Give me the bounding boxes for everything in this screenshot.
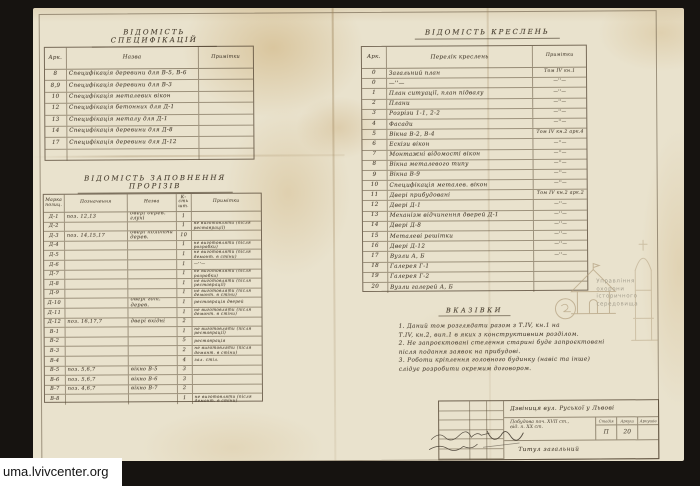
table-cell: 1	[178, 394, 193, 404]
table-cell: Двері Д-8	[388, 221, 535, 231]
openings-table-header: Марка позиц.ПозначенняНазваК-сть шт.Прим…	[44, 194, 261, 213]
table-cell: В-4	[45, 357, 66, 366]
table-cell: Д-7	[44, 270, 65, 279]
table-cell: 1	[177, 212, 192, 221]
table-cell	[128, 222, 177, 231]
table-cell: Специфікація деревини для Д-12	[67, 137, 199, 148]
table-cell: двері вхідні	[129, 318, 178, 327]
spec-table-title: ВІДОМІСТЬ СПЕЦИФІКАЦІЙ	[92, 28, 217, 48]
table-cell: 2	[178, 385, 193, 394]
table-cell: 18	[363, 262, 388, 271]
table-cell: не виготовляти (після демонт. в стіни)	[192, 250, 261, 259]
table-cell: реставрація	[192, 336, 261, 345]
table-cell: 1	[177, 250, 192, 259]
table-cell: Том ІV кн.2 арк.4	[534, 129, 587, 139]
table-cell: 12	[363, 201, 388, 210]
table-cell: Вікна В-9	[387, 170, 534, 180]
table-cell: В-5	[45, 366, 66, 375]
table-cell: —''—	[534, 169, 587, 179]
stage-value: П	[596, 425, 616, 439]
table-cell	[65, 299, 128, 308]
table-cell: 20	[363, 283, 388, 293]
table-cell: Загальний план	[387, 68, 534, 78]
table-cell	[192, 365, 261, 374]
table-cell: Д-6	[44, 261, 65, 270]
table-cell: 16	[363, 242, 388, 251]
table-cell: не виготовляти (після реставрації)	[192, 327, 261, 336]
table-cell: Специфікація деревини для В-5, В-6	[67, 69, 199, 80]
table-cell: В-2	[45, 338, 66, 347]
signature-row	[439, 401, 503, 411]
table-cell: поз. 14,15,17	[65, 232, 128, 241]
table-cell: 8	[363, 161, 388, 170]
openings-table-body: Д-1поз. 12,13двері дерев. глухі1Д-21не в…	[44, 212, 262, 405]
fold-crease	[332, 8, 337, 461]
table-cell: Специфікація бетонних для Д-1	[67, 103, 199, 114]
table-cell: 3	[178, 375, 193, 384]
column-header: Назва	[128, 194, 177, 211]
table-cell: 1	[177, 260, 192, 269]
table-cell: Д-1	[44, 213, 65, 222]
table-cell: поз. 5,6,7	[66, 375, 129, 384]
table-cell: 2	[177, 318, 192, 327]
table-cell: 13	[363, 211, 388, 220]
table-cell: Д-5	[44, 251, 65, 260]
table-cell	[65, 289, 128, 298]
drawings-table: Арк.Перелік кресленьПримітки 0Загальний …	[361, 45, 588, 292]
table-cell: поз. 5,6,7	[66, 366, 129, 375]
table-cell: вікно В-5	[129, 366, 178, 375]
drawings-table-header: Арк.Перелік кресленьПримітки	[362, 46, 586, 69]
table-cell: Двері Д-12	[388, 241, 535, 251]
table-cell	[65, 328, 128, 337]
table-cell: Том ІV кн.2 арк.2	[534, 190, 587, 200]
table-cell	[66, 395, 129, 405]
table-cell: Вікна металевого типу	[387, 160, 534, 170]
table-cell	[199, 91, 254, 102]
table-cell: 0	[362, 79, 387, 88]
table-cell: 10	[45, 93, 67, 104]
table-cell: 1	[177, 222, 192, 231]
table-cell	[67, 149, 199, 161]
table-cell: Д-3	[44, 232, 65, 241]
table-cell: В-7	[45, 385, 66, 394]
table-cell: Специфікація металев. вікон	[387, 180, 534, 190]
table-cell: реставрація дверей	[192, 298, 261, 307]
table-cell: —''—	[534, 98, 587, 108]
text-line: слідує розробити окремим договором.	[391, 364, 681, 374]
table-cell: 14	[363, 222, 388, 231]
table-cell: поз. 4,6,7	[66, 385, 129, 394]
sheets-label: Аркушів	[638, 417, 658, 425]
table-cell: Специфікація деревини для В-3	[67, 80, 199, 91]
table-cell: В-6	[45, 376, 66, 385]
table-cell: Вузли А, Б	[388, 251, 535, 261]
table-cell: 5	[362, 130, 387, 139]
table-cell: вікно В-6	[129, 375, 178, 384]
table-cell: Монтажні відомості вікон	[387, 149, 534, 159]
table-cell: —''—	[387, 78, 534, 88]
table-cell: Д-10	[44, 299, 65, 308]
table-cell: 13	[45, 115, 67, 126]
table-cell: не виготовляти (після розробки)	[192, 269, 261, 278]
table-cell: Специфікація деревини для Д-8	[67, 126, 199, 137]
table-cell: Розрізи 1-1, 2-2	[387, 109, 534, 119]
table-cell: 10	[177, 231, 192, 240]
table-cell: 3	[178, 366, 193, 375]
handwritten-signatures	[425, 425, 537, 460]
table-cell: не виготовляти (після демонт. в стіни)	[192, 308, 261, 317]
table-cell: —''—	[534, 210, 587, 220]
tower-sketch-icon	[621, 230, 666, 342]
sheet-label: Аркуш	[617, 417, 637, 425]
table-cell	[128, 270, 177, 279]
table-cell	[65, 222, 128, 231]
scanned-document-screenshot: ВІДОМІСТЬ СПЕЦИФІКАЦІЙ Арк.НазваПримітки…	[0, 0, 700, 486]
project-title: Дзвіниця вул. Руської у Львові	[504, 400, 658, 417]
table-cell: План ситуації, план підвалу	[387, 88, 534, 98]
table-cell	[66, 356, 129, 365]
table-cell: —''—	[534, 200, 587, 210]
spec-table: Арк.НазваПримітки 8Специфікація деревини…	[44, 46, 255, 161]
stage-sheet-grid: Стадія П Аркуш 20 Аркушів	[596, 417, 658, 439]
table-cell: Вузли галерей А, Б	[388, 282, 535, 293]
table-cell: Двері Д-1	[388, 200, 535, 210]
table-cell: двері дерев. глухі	[128, 212, 177, 221]
table-cell: —''—	[534, 78, 587, 88]
table-cell: 19	[363, 273, 388, 282]
table-cell: не виготовляти (після демонт. в стіни)	[192, 346, 261, 355]
table-cell: 1	[362, 89, 387, 98]
signature-row	[439, 411, 503, 421]
column-header: Марка позиц.	[44, 195, 65, 212]
table-cell: Д-4	[44, 242, 65, 251]
table-cell	[129, 289, 178, 298]
table-cell	[65, 308, 128, 317]
table-cell: В-1	[45, 328, 66, 337]
notes-title: ВКАЗІВКИ	[438, 306, 510, 316]
table-cell: не виготовляти (після розробки)	[192, 240, 261, 249]
table-cell: Галерея Г-2	[388, 272, 535, 282]
table-cell	[66, 347, 129, 356]
table-cell: —''—	[192, 260, 261, 269]
table-cell: 1	[177, 241, 192, 250]
spec-table-header: Арк.НазваПримітки	[45, 47, 253, 70]
table-cell	[129, 346, 178, 355]
table-cell: Механізм відчинення дверей Д-1	[388, 211, 535, 221]
table-cell: 8,9	[45, 81, 67, 92]
table-cell: 2	[362, 99, 387, 108]
table-cell: 10	[363, 181, 388, 190]
column-header: Позначення	[65, 194, 128, 211]
table-cell: 14	[45, 127, 67, 138]
table-cell	[199, 137, 254, 148]
table-cell: —''—	[534, 149, 587, 159]
table-cell: не виготовляти (після реставрації)	[192, 279, 261, 288]
column-header: Арк.	[45, 48, 67, 69]
table-cell: не виготовляти (після демонт. в стіни)	[192, 288, 261, 297]
table-cell: 0	[362, 69, 387, 78]
table-cell: В-8	[45, 395, 66, 405]
table-cell: поз. 16,17,7	[65, 318, 128, 327]
table-cell	[128, 260, 177, 269]
table-cell	[129, 394, 178, 404]
table-cell: —''—	[534, 88, 587, 98]
openings-table-title: ВІДОМІСТЬ ЗАПОВНЕННЯ ПРОРІЗІВ	[78, 174, 233, 194]
table-cell: 1	[177, 270, 192, 279]
table-cell: Специфікація металу для Д-1	[67, 115, 199, 126]
table-cell	[65, 251, 128, 260]
openings-table: Марка позиц.ПозначенняНазваК-сть шт.Прим…	[43, 193, 263, 403]
table-cell: —''—	[534, 231, 587, 241]
table-cell	[193, 375, 262, 384]
table-cell: —''—	[534, 108, 587, 118]
table-cell	[199, 148, 254, 160]
table-cell: не виготовляти (після демонт. в стіни)	[193, 394, 262, 404]
table-cell	[129, 337, 178, 346]
table-cell	[199, 126, 254, 137]
column-header: Назва	[67, 47, 199, 69]
table-cell: 7	[362, 150, 387, 159]
table-cell: Д-2	[44, 222, 65, 231]
table-cell: Ескізи вікон	[387, 139, 534, 149]
table-row: В-81не виготовляти (після демонт. в стін…	[45, 394, 262, 405]
table-cell: 1	[177, 327, 192, 336]
table-cell: Металеві решітки	[388, 231, 535, 241]
table-cell: Галерея Г-1	[388, 261, 535, 271]
table-cell	[129, 308, 178, 317]
table-cell: 11	[363, 191, 388, 200]
table-cell: В-3	[45, 347, 66, 356]
drawings-table-title: ВІДОМІСТЬ КРЕСЛЕНЬ	[415, 28, 560, 40]
table-cell: поз. 12,13	[65, 212, 128, 221]
table-cell	[199, 103, 254, 114]
table-cell	[128, 279, 177, 288]
table-cell: 12	[45, 104, 67, 115]
table-cell: —''—	[534, 220, 587, 230]
signature-grid	[439, 401, 504, 459]
table-cell: 5	[177, 337, 192, 346]
table-cell: Специфікація металевих вікон	[67, 92, 199, 103]
table-cell	[45, 150, 67, 162]
table-cell: 4	[178, 356, 193, 365]
table-cell: —''—	[534, 139, 587, 149]
table-cell	[129, 327, 178, 336]
table-cell: 4	[362, 120, 387, 129]
table-cell: —''—	[535, 251, 588, 261]
table-cell: Д-8	[44, 280, 65, 289]
column-header: Арк.	[362, 47, 387, 68]
table-cell: двері полотна дерев.	[128, 231, 177, 240]
table-cell: 17	[45, 138, 67, 149]
table-cell: 17	[363, 252, 388, 261]
table-cell: Двері прибудовані	[388, 190, 535, 200]
stage-column: Стадія П	[596, 417, 617, 439]
table-cell: зал. стіл.	[192, 355, 261, 364]
table-cell: 3	[362, 110, 387, 119]
table-cell: Фасади	[387, 119, 534, 129]
table-cell	[199, 114, 254, 125]
column-header: Перелік креслень	[387, 46, 534, 68]
table-cell: Д-11	[44, 309, 65, 318]
title-block: Дзвіниця вул. Руської у Львові Побудова …	[438, 399, 659, 460]
table-cell: —''—	[534, 159, 587, 169]
table-cell	[65, 337, 128, 346]
table-cell: —''—	[535, 241, 588, 251]
table-cell: —''—	[534, 180, 587, 190]
table-row	[45, 148, 253, 161]
table-cell: Вікна В-2, В-4	[387, 129, 534, 139]
column-header: Примітки	[191, 194, 260, 211]
table-cell: вікно В-7	[129, 385, 178, 394]
table-cell	[193, 384, 262, 393]
sheets-column: Аркушів	[638, 417, 658, 439]
table-cell: 15	[363, 232, 388, 241]
table-cell	[199, 69, 254, 80]
table-cell	[128, 241, 177, 250]
table-cell	[192, 317, 261, 326]
table-cell	[128, 250, 177, 259]
table-cell	[192, 231, 261, 240]
table-cell: 1	[177, 298, 192, 307]
table-cell: Том ІV кн.1	[533, 68, 586, 78]
sheets-value	[638, 425, 658, 439]
table-cell	[65, 241, 128, 250]
table-cell: Д-12	[45, 318, 66, 327]
column-header: Примітки	[198, 47, 253, 68]
table-cell	[129, 356, 178, 365]
table-cell	[65, 280, 128, 289]
table-cell: Д-9	[44, 290, 65, 299]
table-cell: 2	[177, 346, 192, 355]
table-cell	[199, 80, 254, 91]
table-cell: 8	[45, 70, 67, 81]
table-cell: 6	[362, 140, 387, 149]
column-header: К-сть шт.	[177, 194, 192, 211]
table-cell	[65, 270, 128, 279]
table-cell: 9	[363, 171, 388, 180]
sheet-value: 20	[617, 425, 637, 439]
table-cell	[65, 260, 128, 269]
sheet-content: ВІДОМІСТЬ СПЕЦИФІКАЦІЙ Арк.НазваПримітки…	[33, 8, 684, 461]
sheet-column: Аркуш 20	[617, 417, 638, 439]
table-cell: 1	[177, 279, 192, 288]
column-header: Примітки	[533, 46, 586, 67]
table-cell: Плани	[387, 98, 534, 108]
stage-label: Стадія	[596, 417, 616, 425]
table-cell: не виготовляти (після реставрації)	[192, 221, 261, 230]
spec-table-body: 8Специфікація деревини для В-5, В-68,9Сп…	[45, 69, 254, 161]
table-cell: двері гот. дерев.	[129, 298, 178, 307]
watermark-label: uma.lvivcenter.org	[0, 458, 122, 486]
table-cell	[192, 212, 261, 221]
document-sheet: ВІДОМІСТЬ СПЕЦИФІКАЦІЙ Арк.НазваПримітки…	[33, 8, 684, 461]
table-cell: 1	[177, 289, 192, 298]
table-cell: —''—	[534, 119, 587, 129]
table-cell: 1	[177, 308, 192, 317]
drawings-table-body: 0Загальний планТом ІV кн.10—''——''—1План…	[362, 68, 587, 293]
